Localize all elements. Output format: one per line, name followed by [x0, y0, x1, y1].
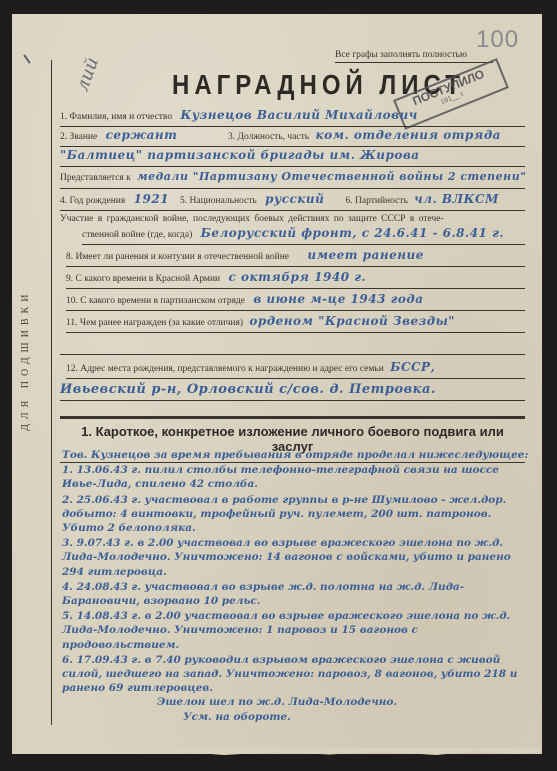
field-name-label: 1. Фамилия, имя и отчество	[60, 112, 172, 122]
field-previous-awards-value: орденом "Красной Звезды"	[249, 314, 455, 328]
field-red-army-since-label: 9. С какого времени в Красной Армии	[66, 274, 220, 284]
field-rank-value: сержант	[106, 128, 226, 142]
binding-margin-label: ДЛЯ ПОДШИВКИ	[20, 250, 46, 470]
field-nominated-label: Представляется к	[60, 173, 131, 183]
field-birth-nationality-party: 4. Год рождения 1921 5. Национальность р…	[60, 192, 525, 211]
field-address-value: БССР,	[390, 360, 435, 374]
field-position-label: 3. Должность, часть	[228, 132, 309, 142]
narrative-item-4: 4. 24.08.43 г. участвовал во взрыве ж.д.…	[62, 580, 532, 608]
field-wounds: 8. Имеет ли ранения и контузии в отечест…	[66, 248, 525, 267]
field-party-value: чл. ВЛКСМ	[414, 192, 499, 206]
field-wounds-label: 8. Имеет ли ранения и контузии в отечест…	[66, 252, 289, 262]
field-name-value: Кузнецов Василий Михайлович	[180, 108, 417, 122]
field-nominated-value: медали "Партизану Отечественной войны 2 …	[137, 170, 526, 183]
field-party-label: 6. Партийность	[346, 196, 408, 206]
field-partisan-since-label: 10. С какого времени в партизанском отря…	[66, 296, 245, 306]
field-rank-label: 2. Звание	[60, 132, 97, 142]
field-nationality-label: 5. Национальность	[180, 196, 257, 206]
field-birth-year-label: 4. Год рождения	[60, 196, 125, 206]
narrative-item-5: 5. 14.08.43 г. в 2.00 участвовал во взры…	[62, 609, 532, 652]
binding-margin-rule	[51, 60, 52, 725]
field-wounds-value: имеет ранение	[307, 248, 423, 262]
field-previous-awards: 11. Чем ранее награжден (за какие отличи…	[66, 314, 525, 333]
narrative-item-6: 6. 17.09.43 г. в 7.40 руководил взрывом …	[62, 653, 532, 696]
narrative-item-3: 3. 9.07.43 г. в 2.00 участвовал во взрыв…	[62, 536, 532, 579]
field-address-label: 12. Адрес места рождения, представляемог…	[66, 364, 384, 374]
instruction-note: Все графы заполнять полностью	[335, 50, 493, 63]
blank-line-11	[60, 336, 525, 355]
narrative-intro: Тов. Кузнецов за время пребывания в отря…	[62, 448, 532, 462]
field-previous-awards-label: 11. Чем ранее награжден (за какие отличи…	[66, 318, 243, 328]
field-address-cont: Ивьевский р-н, Орловский с/сов. д. Петро…	[60, 382, 525, 401]
continuation-note: Усм. на обороте.	[62, 710, 532, 724]
field-red-army-since: 9. С какого времени в Красной Армии с ок…	[66, 270, 525, 289]
field-red-army-since-value: с октября 1940 г.	[229, 270, 367, 284]
field-position-cont-value: "Балтиец" партизанской бригады им. Жиров…	[60, 148, 420, 162]
field-partisan-since-value: в июне м-це 1943 года	[253, 292, 423, 306]
field-nationality-value: русский	[265, 192, 343, 206]
narrative-footer: Эшелон шел по ж.д. Лида-Молодечно.	[62, 695, 532, 709]
field-war-participation-value: Белорусский фронт, с 24.6.41 - 6.8.41 г.	[201, 226, 504, 240]
field-nominated: Представляется к медали "Партизану Отече…	[60, 170, 525, 189]
field-rank-position: 2. Звание сержант 3. Должность, часть ко…	[60, 128, 525, 147]
field-name: 1. Фамилия, имя и отчество Кузнецов Васи…	[60, 108, 525, 127]
field-position-cont: "Балтиец" партизанской бригады им. Жиров…	[60, 148, 525, 167]
field-partisan-since: 10. С какого времени в партизанском отря…	[66, 292, 525, 311]
narrative-item-2: 2. 25.06.43 г. участвовал в работе групп…	[62, 493, 532, 536]
field-war-participation-label-2: ственной войне (где, когда)	[82, 230, 192, 240]
field-address: 12. Адрес места рождения, представляемог…	[66, 360, 525, 379]
field-war-participation-label-1: Участие в гражданской войне, последующих…	[60, 214, 444, 224]
field-birth-year-value: 1921	[134, 192, 178, 206]
field-war-participation: ственной войне (где, когда) Белорусский …	[82, 226, 525, 245]
field-position-value: ком. отделения отряда	[316, 128, 501, 142]
field-address-cont-value: Ивьевский р-н, Орловский с/сов. д. Петро…	[60, 382, 436, 397]
narrative-item-1: 1. 13.06.43 г. пилил столбы телефонно-те…	[62, 463, 532, 491]
narrative-text: Тов. Кузнецов за время пребывания в отря…	[62, 448, 532, 724]
